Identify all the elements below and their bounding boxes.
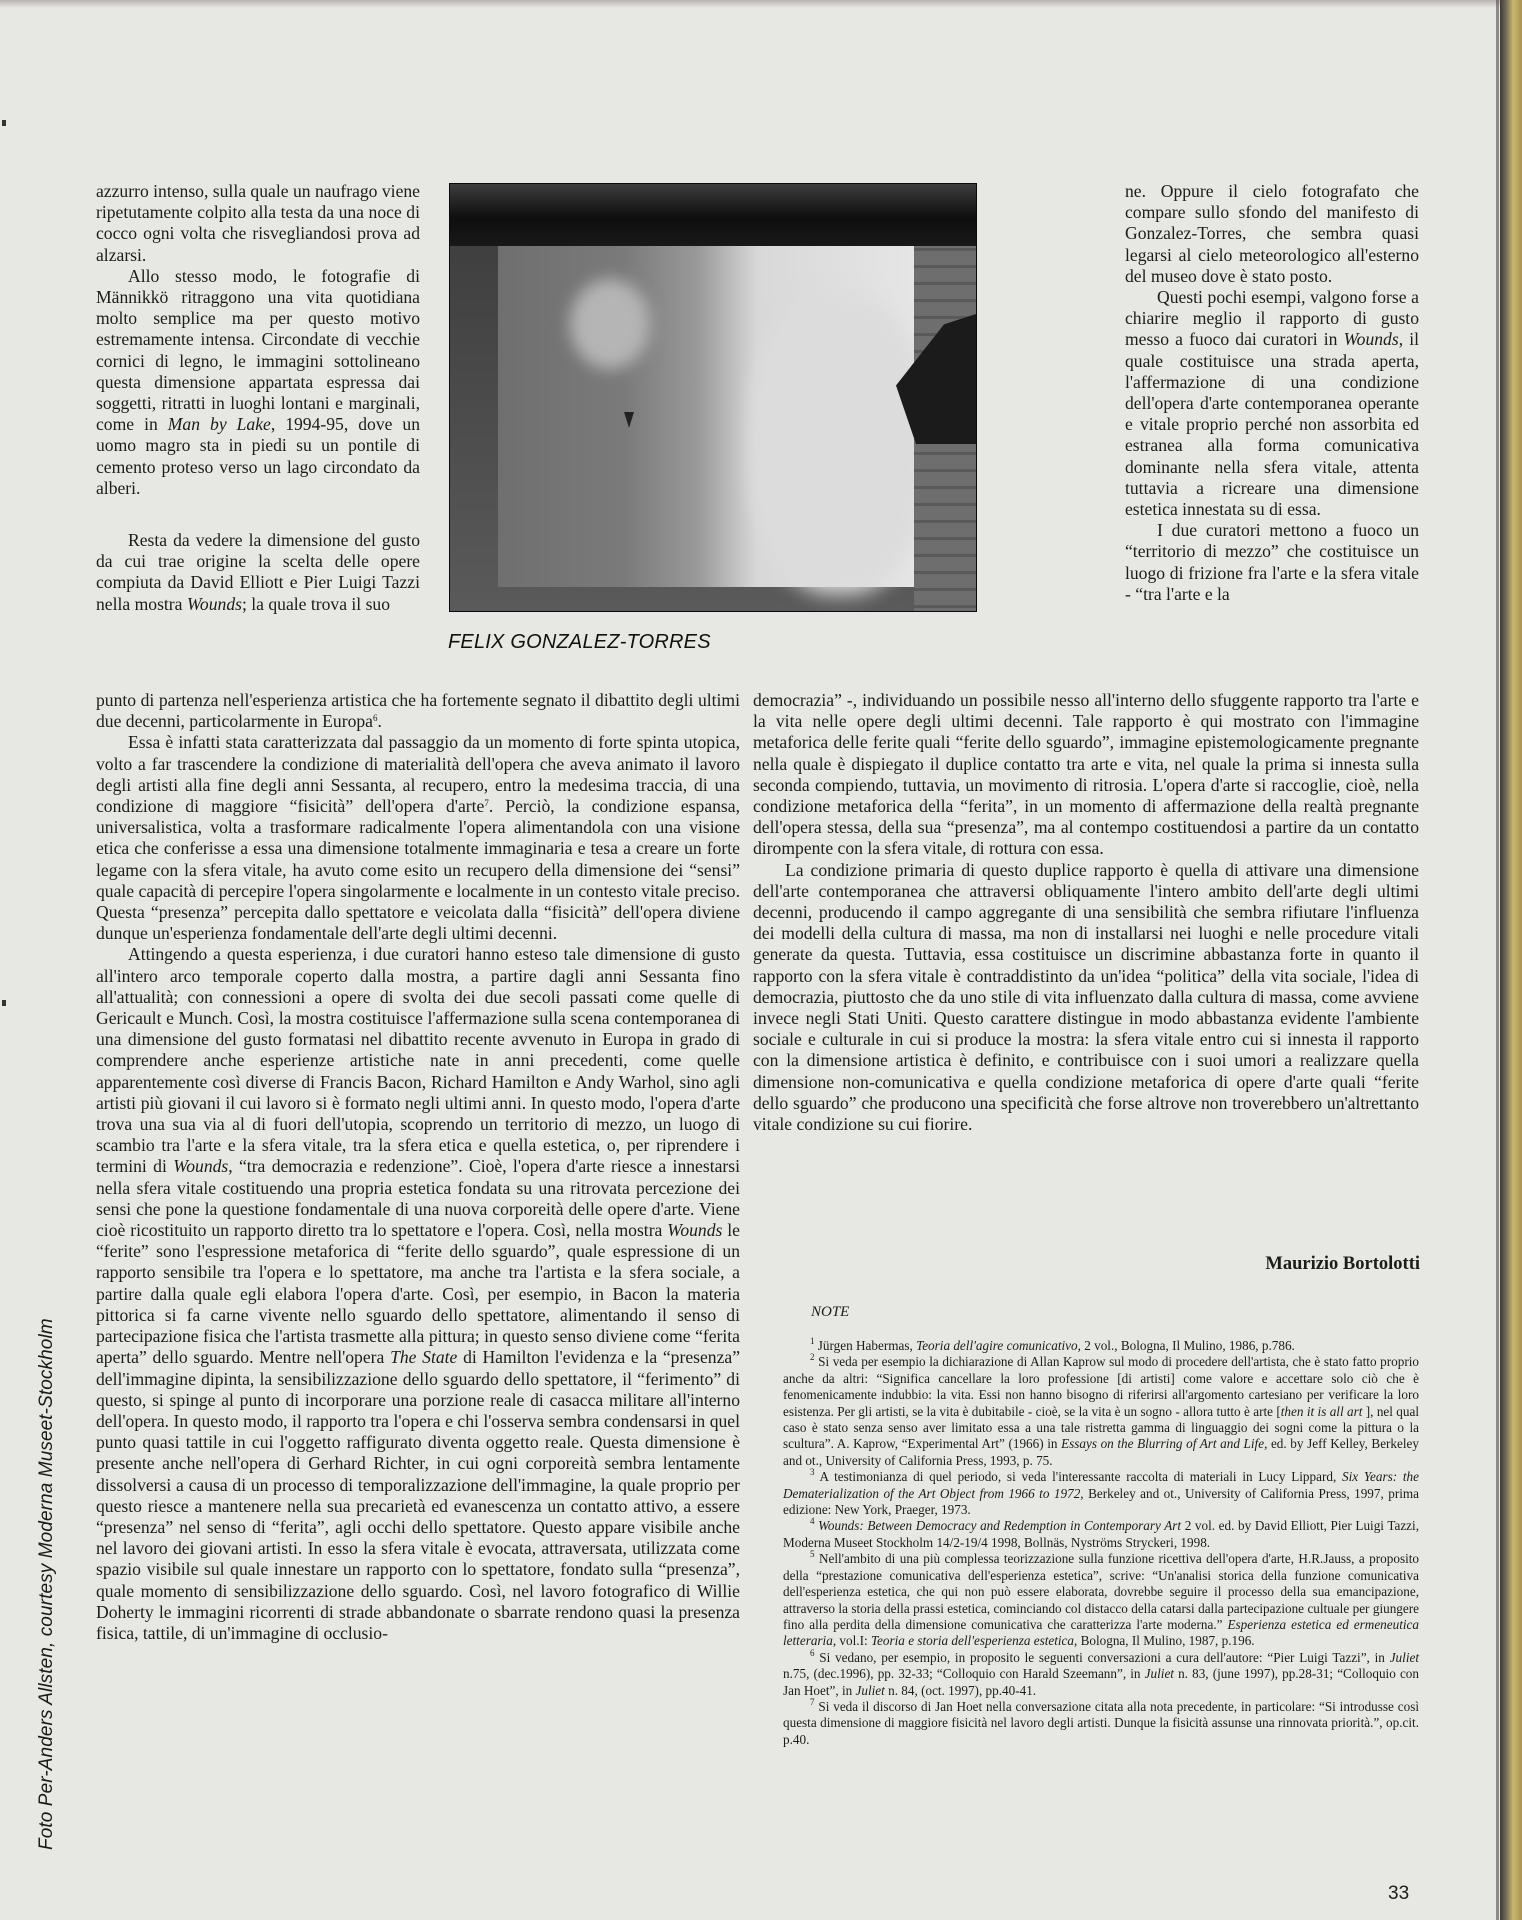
author-signature: Maurizio Bortolotti — [1100, 1254, 1420, 1275]
figure-caption: FELIX GONZALEZ-TORRES — [448, 631, 711, 654]
page-top-edge — [0, 0, 1522, 8]
paragraph: azzurro intenso, sulla quale un naufrago… — [96, 181, 420, 266]
notes-heading: NOTE — [811, 1304, 849, 1321]
footnote: 2 Si veda per esempio la dichiarazione d… — [783, 1354, 1419, 1469]
column-left-main: punto di partenza nell'esperienza artist… — [96, 690, 740, 1644]
paragraph: Resta da vedere la dimensione del gusto … — [96, 530, 420, 615]
bird-silhouette — [624, 412, 634, 428]
paragraph: Allo stesso modo, le fotografie di Männi… — [96, 266, 420, 499]
footnote: 6 Si vedano, per esempio, in proposito l… — [783, 1650, 1419, 1699]
paragraph: Attingendo a questa esperienza, i due cu… — [96, 944, 740, 1644]
scan-mark — [2, 1000, 6, 1006]
paragraph: democrazia” -, individuando un possibile… — [753, 690, 1419, 860]
column-right-top: ne. Oppure il cielo fotografato che comp… — [1125, 181, 1419, 605]
page-binding-line — [1496, 0, 1499, 1920]
column-right-main: democrazia” -, individuando un possibile… — [753, 690, 1419, 1135]
footnote: 4 Wounds: Between Democracy and Redempti… — [783, 1518, 1419, 1551]
paragraph: La condizione primaria di questo duplice… — [753, 860, 1419, 1136]
artwork-photo — [449, 183, 977, 612]
paragraph: punto di partenza nell'esperienza artist… — [96, 690, 740, 732]
photo-credit: Foto Per-Anders Allsten, courtesy Modern… — [36, 1318, 58, 1850]
page-number: 33 — [1388, 1883, 1409, 1905]
paragraph: Questi pochi esempi, valgono forse a chi… — [1125, 287, 1419, 520]
footnote: 3 A testimonianza di quel periodo, si ve… — [783, 1469, 1419, 1518]
paragraph: I due curatori mettono a fuoco un “terri… — [1125, 520, 1419, 605]
footnote: 7 Si veda il discorso di Jan Hoet nella … — [783, 1699, 1419, 1748]
paragraph: Essa è infatti stata caratterizzata dal … — [96, 732, 740, 944]
footnote: 5 Nell'ambito di una più complessa teori… — [783, 1551, 1419, 1649]
column-left-top: azzurro intenso, sulla quale un naufrago… — [96, 181, 420, 615]
paragraph: ne. Oppure il cielo fotografato che comp… — [1125, 181, 1419, 287]
book-spine-edge — [1500, 0, 1522, 1920]
footnotes: 1 Jürgen Habermas, Teoria dell'agire com… — [783, 1338, 1419, 1748]
scan-mark — [2, 120, 6, 126]
footnote: 1 Jürgen Habermas, Teoria dell'agire com… — [783, 1338, 1419, 1354]
